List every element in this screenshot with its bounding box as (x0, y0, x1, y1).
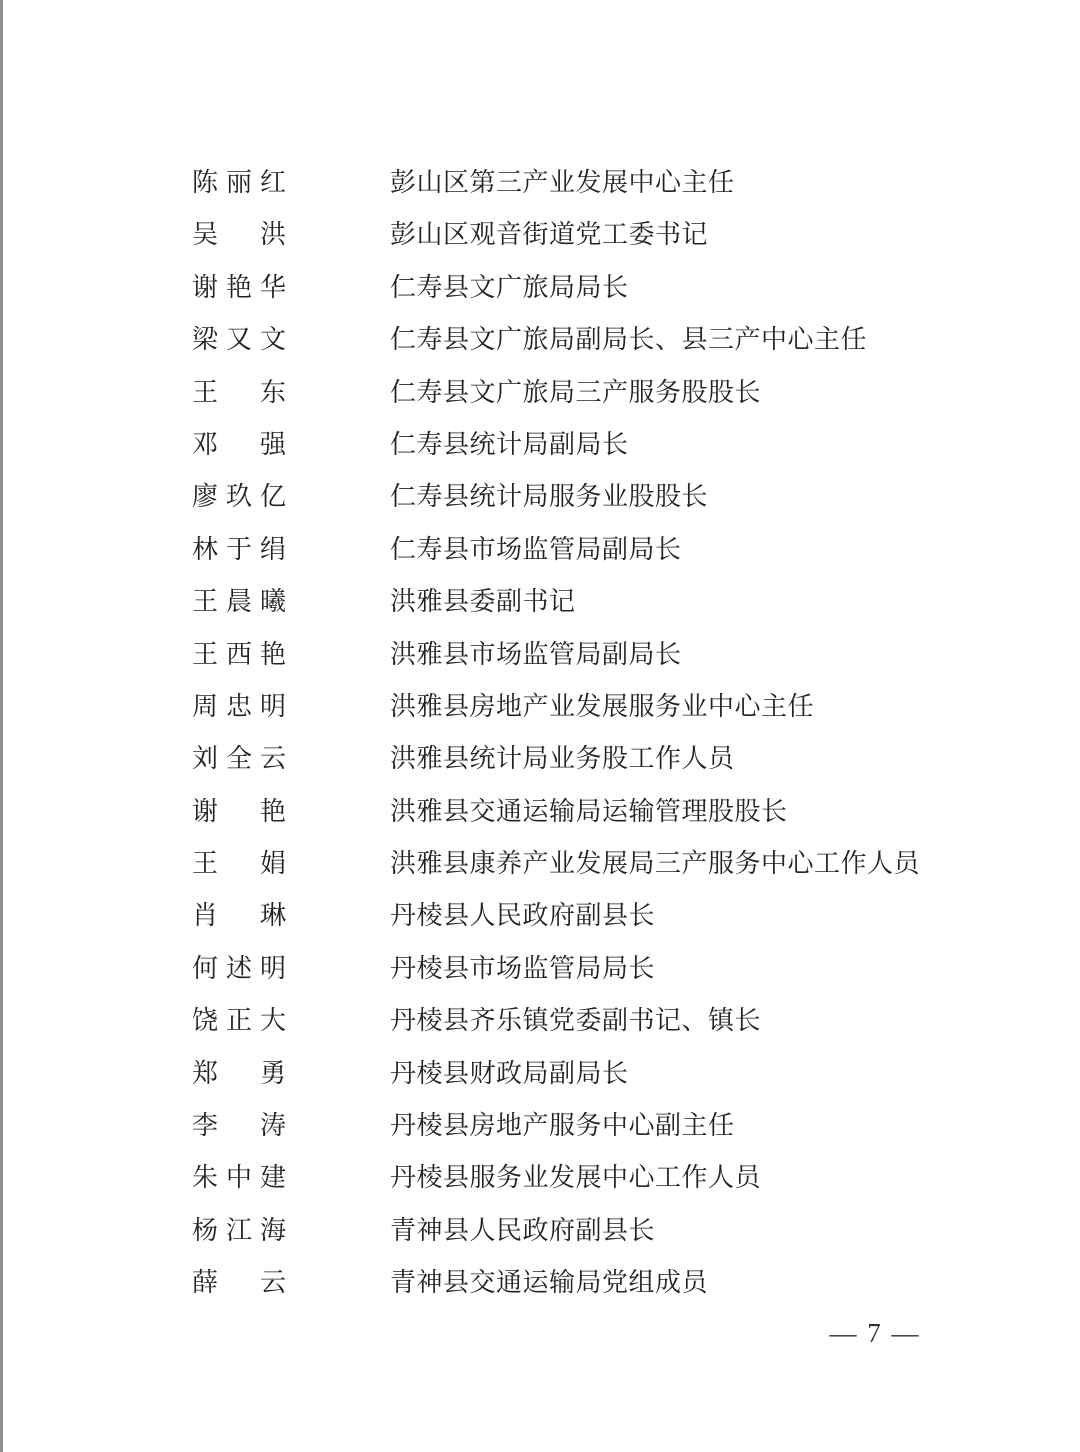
list-item: 谢艳洪雅县交通运输局运输管理股股长 (192, 786, 952, 838)
person-position: 丹棱县房地产服务中心副主任 (390, 1100, 735, 1152)
person-position: 洪雅县市场监管局副局长 (390, 629, 682, 681)
list-item: 梁又文仁寿县文广旅局副局长、县三产中心主任 (192, 314, 952, 366)
person-position: 洪雅县交通运输局运输管理股股长 (390, 786, 788, 838)
list-item: 陈丽红彭山区第三产业发展中心主任 (192, 157, 952, 209)
list-item: 廖玖亿仁寿县统计局服务业股股长 (192, 471, 952, 523)
person-position: 青神县人民政府副县长 (390, 1205, 655, 1257)
list-item: 周忠明洪雅县房地产业发展服务业中心主任 (192, 681, 952, 733)
person-position: 丹棱县财政局副局长 (390, 1048, 629, 1100)
person-name: 杨江海 (192, 1205, 286, 1257)
list-item: 李涛丹棱县房地产服务中心副主任 (192, 1100, 952, 1152)
person-position: 洪雅县房地产业发展服务业中心主任 (390, 681, 814, 733)
person-name: 李涛 (192, 1100, 286, 1152)
list-item: 肖琳丹棱县人民政府副县长 (192, 890, 952, 942)
list-item: 王娟洪雅县康养产业发展局三产服务中心工作人员 (192, 838, 952, 890)
person-name: 吴洪 (192, 209, 286, 261)
person-position: 丹棱县齐乐镇党委副书记、镇长 (390, 995, 761, 1047)
person-name: 王东 (192, 367, 286, 419)
person-position: 仁寿县市场监管局副局长 (390, 524, 682, 576)
list-item: 刘全云洪雅县统计局业务股工作人员 (192, 733, 952, 785)
person-name: 林于绢 (192, 524, 286, 576)
person-name: 郑勇 (192, 1048, 286, 1100)
person-name: 王晨曦 (192, 576, 286, 628)
person-position: 仁寿县统计局服务业股股长 (390, 471, 708, 523)
list-item: 薛云青神县交通运输局党组成员 (192, 1257, 952, 1309)
page-number: — 7 — (755, 1311, 995, 1355)
list-item: 邓强仁寿县统计局副局长 (192, 419, 952, 471)
list-item: 王东仁寿县文广旅局三产服务股股长 (192, 367, 952, 419)
person-name: 朱中建 (192, 1152, 286, 1204)
person-position: 仁寿县文广旅局副局长、县三产中心主任 (390, 314, 867, 366)
person-position: 丹棱县服务业发展中心工作人员 (390, 1152, 761, 1204)
person-position: 丹棱县人民政府副县长 (390, 890, 655, 942)
person-name: 薛云 (192, 1257, 286, 1309)
person-name: 何述明 (192, 943, 286, 995)
person-name: 谢艳华 (192, 262, 286, 314)
list-item: 何述明丹棱县市场监管局局长 (192, 943, 952, 995)
list-item: 郑勇丹棱县财政局副局长 (192, 1048, 952, 1100)
list-item: 朱中建丹棱县服务业发展中心工作人员 (192, 1152, 952, 1204)
person-name: 肖琳 (192, 890, 286, 942)
person-position: 青神县交通运输局党组成员 (390, 1257, 708, 1309)
person-name: 谢艳 (192, 786, 286, 838)
person-position: 洪雅县统计局业务股工作人员 (390, 733, 735, 785)
list-item: 吴洪彭山区观音街道党工委书记 (192, 209, 952, 261)
list-item: 杨江海青神县人民政府副县长 (192, 1205, 952, 1257)
person-name: 梁又文 (192, 314, 286, 366)
person-position: 仁寿县统计局副局长 (390, 419, 629, 471)
person-name: 陈丽红 (192, 157, 286, 209)
person-position: 彭山区第三产业发展中心主任 (390, 157, 735, 209)
list-item: 谢艳华仁寿县文广旅局局长 (192, 262, 952, 314)
person-name: 饶正大 (192, 995, 286, 1047)
person-position: 丹棱县市场监管局局长 (390, 943, 655, 995)
person-name: 周忠明 (192, 681, 286, 733)
list-item: 王西艳洪雅县市场监管局副局长 (192, 629, 952, 681)
person-name: 刘全云 (192, 733, 286, 785)
personnel-list: 陈丽红彭山区第三产业发展中心主任 吴洪彭山区观音街道党工委书记 谢艳华仁寿县文广… (192, 157, 952, 1310)
person-position: 彭山区观音街道党工委书记 (390, 209, 708, 261)
document-page: 陈丽红彭山区第三产业发展中心主任 吴洪彭山区观音街道党工委书记 谢艳华仁寿县文广… (0, 0, 1080, 1452)
person-position: 仁寿县文广旅局三产服务股股长 (390, 367, 761, 419)
person-name: 廖玖亿 (192, 471, 286, 523)
person-name: 王西艳 (192, 629, 286, 681)
person-position: 洪雅县康养产业发展局三产服务中心工作人员 (390, 838, 920, 890)
person-name: 邓强 (192, 419, 286, 471)
list-item: 王晨曦洪雅县委副书记 (192, 576, 952, 628)
person-name: 王娟 (192, 838, 286, 890)
list-item: 饶正大丹棱县齐乐镇党委副书记、镇长 (192, 995, 952, 1047)
scan-edge-line (0, 0, 3, 1452)
person-position: 洪雅县委副书记 (390, 576, 576, 628)
list-item: 林于绢仁寿县市场监管局副局长 (192, 524, 952, 576)
person-position: 仁寿县文广旅局局长 (390, 262, 629, 314)
